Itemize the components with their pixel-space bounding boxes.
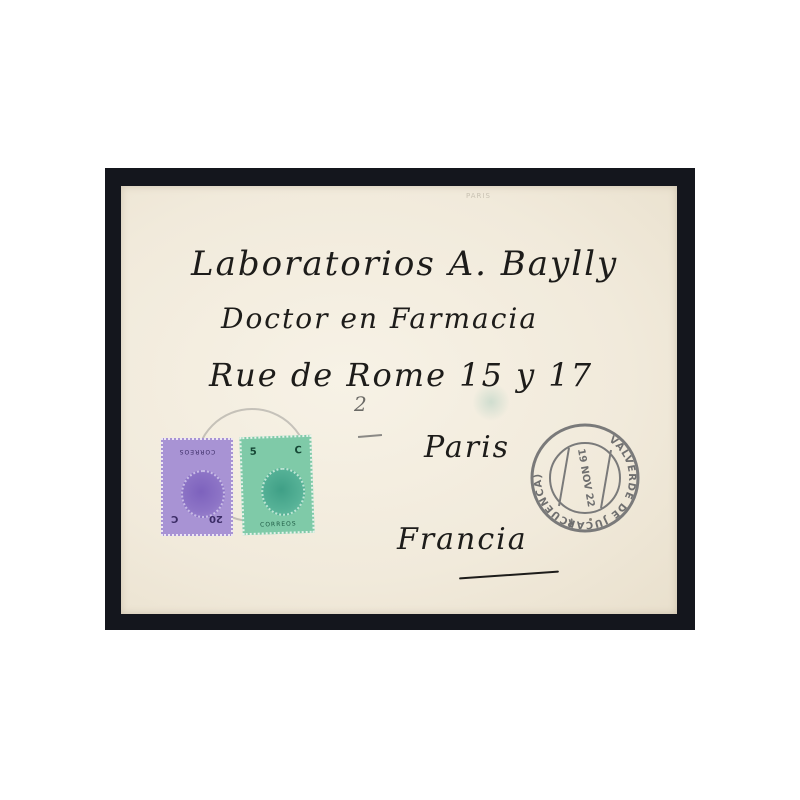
stamp-5-centimos: 5 C CORREOS xyxy=(239,435,314,535)
portrait-medallion xyxy=(260,467,306,517)
address-line-name: Laboratorios A. Baylly xyxy=(191,244,618,284)
stamp-unit: C xyxy=(294,445,302,456)
stamp-label: CORREOS xyxy=(167,448,227,455)
stamp-unit: C xyxy=(171,513,178,524)
paper-spot xyxy=(589,518,592,521)
postmark-date: 19 NOV 22 xyxy=(575,448,596,508)
address-line-street: Rue de Rome 15 y 17 xyxy=(209,356,593,394)
stamp-value: 20 xyxy=(209,513,223,524)
postmark-cancel: VALVERDE DE JUCAR (CUENCA) 19 NOV 22 xyxy=(529,422,641,534)
address-line-city: Paris xyxy=(424,430,510,465)
portrait-medallion xyxy=(181,470,225,518)
stamp-label: CORREOS xyxy=(248,520,308,529)
stamp-20-centimos: CORREOS C 20 xyxy=(161,438,233,536)
pencil-dash xyxy=(358,434,382,438)
envelope: PARIS Laboratorios A. Baylly Doctor en F… xyxy=(121,186,677,614)
address-line-country: Francia xyxy=(397,522,528,557)
address-line-title: Doctor en Farmacia xyxy=(221,302,538,335)
country-underline xyxy=(459,571,559,580)
faint-imprint: PARIS xyxy=(466,192,491,200)
pencil-note: 2 xyxy=(354,392,367,416)
stamp-value: 5 xyxy=(250,447,257,458)
